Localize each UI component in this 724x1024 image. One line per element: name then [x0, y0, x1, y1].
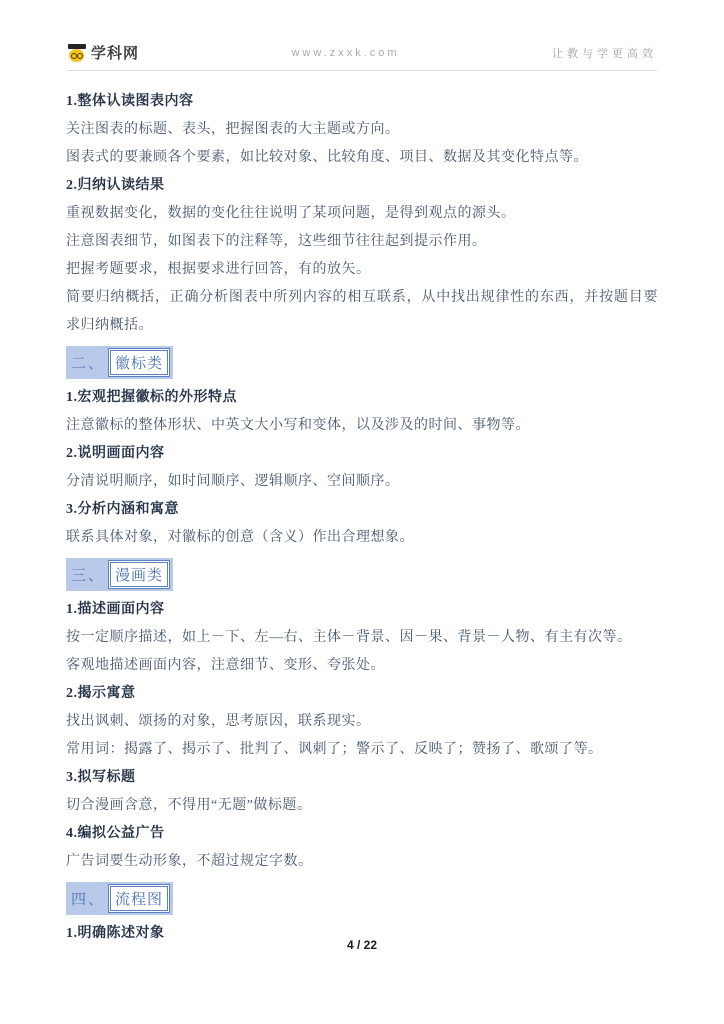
section-label-box: 徽标类: [108, 348, 170, 377]
doc-paragraph: 关注图表的标题、表头，把握图表的大主题或方向。: [66, 116, 658, 144]
document-content: 1.整体认读图表内容关注图表的标题、表头，把握图表的大主题或方向。图表式的要兼顾…: [66, 88, 658, 948]
doc-paragraph: 把握考题要求，根据要求进行回答，有的放矢。: [66, 256, 658, 284]
section-number: 四、: [71, 888, 105, 909]
doc-heading: 3.拟写标题: [66, 764, 658, 792]
header-slogan: 让教与学更高效: [552, 45, 657, 61]
header-url: www.zxxk.com: [291, 47, 399, 59]
doc-paragraph: 重视数据变化，数据的变化往往说明了某项问题，是得到观点的源头。: [66, 200, 658, 228]
section-shading: 二、徽标类: [66, 346, 173, 379]
doc-heading: 3.分析内涵和寓意: [66, 496, 658, 524]
doc-paragraph: 按一定顺序描述，如上－下、左—右、主体－背景、因－果、背景－人物、有主有次等。: [66, 624, 658, 652]
logo-text: 学科网: [91, 42, 139, 63]
doc-paragraph: 常用词：揭露了、揭示了、批判了、讽刺了；警示了、反映了；赞扬了、歌颂了等。: [66, 736, 658, 764]
doc-heading: 2.归纳认读结果: [66, 172, 658, 200]
doc-paragraph: 联系具体对象，对徽标的创意（含义）作出合理想象。: [66, 524, 658, 552]
doc-paragraph: 找出讽刺、颂扬的对象，思考原因，联系现实。: [66, 708, 658, 736]
section-number: 二、: [71, 352, 105, 373]
section-label-box: 漫画类: [108, 560, 170, 589]
doc-paragraph: 注意徽标的整体形状、中英文大小写和变体，以及涉及的时间、事物等。: [66, 412, 658, 440]
doc-paragraph: 分清说明顺序，如时间顺序、逻辑顺序、空间顺序。: [66, 468, 658, 496]
section-label-box: 流程图: [108, 884, 170, 913]
section-marker: 三、漫画类: [66, 559, 658, 589]
doc-heading: 1.整体认读图表内容: [66, 88, 658, 116]
scholar-cap-icon: [67, 43, 87, 63]
doc-heading: 1.描述画面内容: [66, 596, 658, 624]
section-marker: 四、流程图: [66, 883, 658, 913]
page-header: 学科网 www.zxxk.com 让教与学更高效: [67, 42, 657, 71]
doc-paragraph: 广告词要生动形象，不超过规定字数。: [66, 848, 658, 876]
section-number: 三、: [71, 564, 105, 585]
doc-paragraph: 客观地描述画面内容，注意细节、变形、夸张处。: [66, 652, 658, 680]
section-shading: 四、流程图: [66, 882, 173, 915]
doc-heading: 4.编拟公益广告: [66, 820, 658, 848]
section-shading: 三、漫画类: [66, 558, 173, 591]
doc-paragraph: 简要归纳概括，正确分析图表中所列内容的相互联系，从中找出规律性的东西，并按题目要…: [66, 284, 658, 340]
document-page: 学科网 www.zxxk.com 让教与学更高效 1.整体认读图表内容关注图表的…: [0, 0, 724, 1024]
page-number: 4 / 22: [0, 938, 724, 952]
doc-heading: 2.说明画面内容: [66, 440, 658, 468]
site-logo: 学科网: [67, 42, 139, 63]
doc-paragraph: 注意图表细节，如图表下的注释等，这些细节往往起到提示作用。: [66, 228, 658, 256]
doc-heading: 2.揭示寓意: [66, 680, 658, 708]
doc-heading: 1.宏观把握徽标的外形特点: [66, 384, 658, 412]
doc-paragraph: 图表式的要兼顾各个要素，如比较对象、比较角度、项目、数据及其变化特点等。: [66, 144, 658, 172]
doc-paragraph: 切合漫画含意，不得用“无题”做标题。: [66, 792, 658, 820]
section-marker: 二、徽标类: [66, 347, 658, 377]
